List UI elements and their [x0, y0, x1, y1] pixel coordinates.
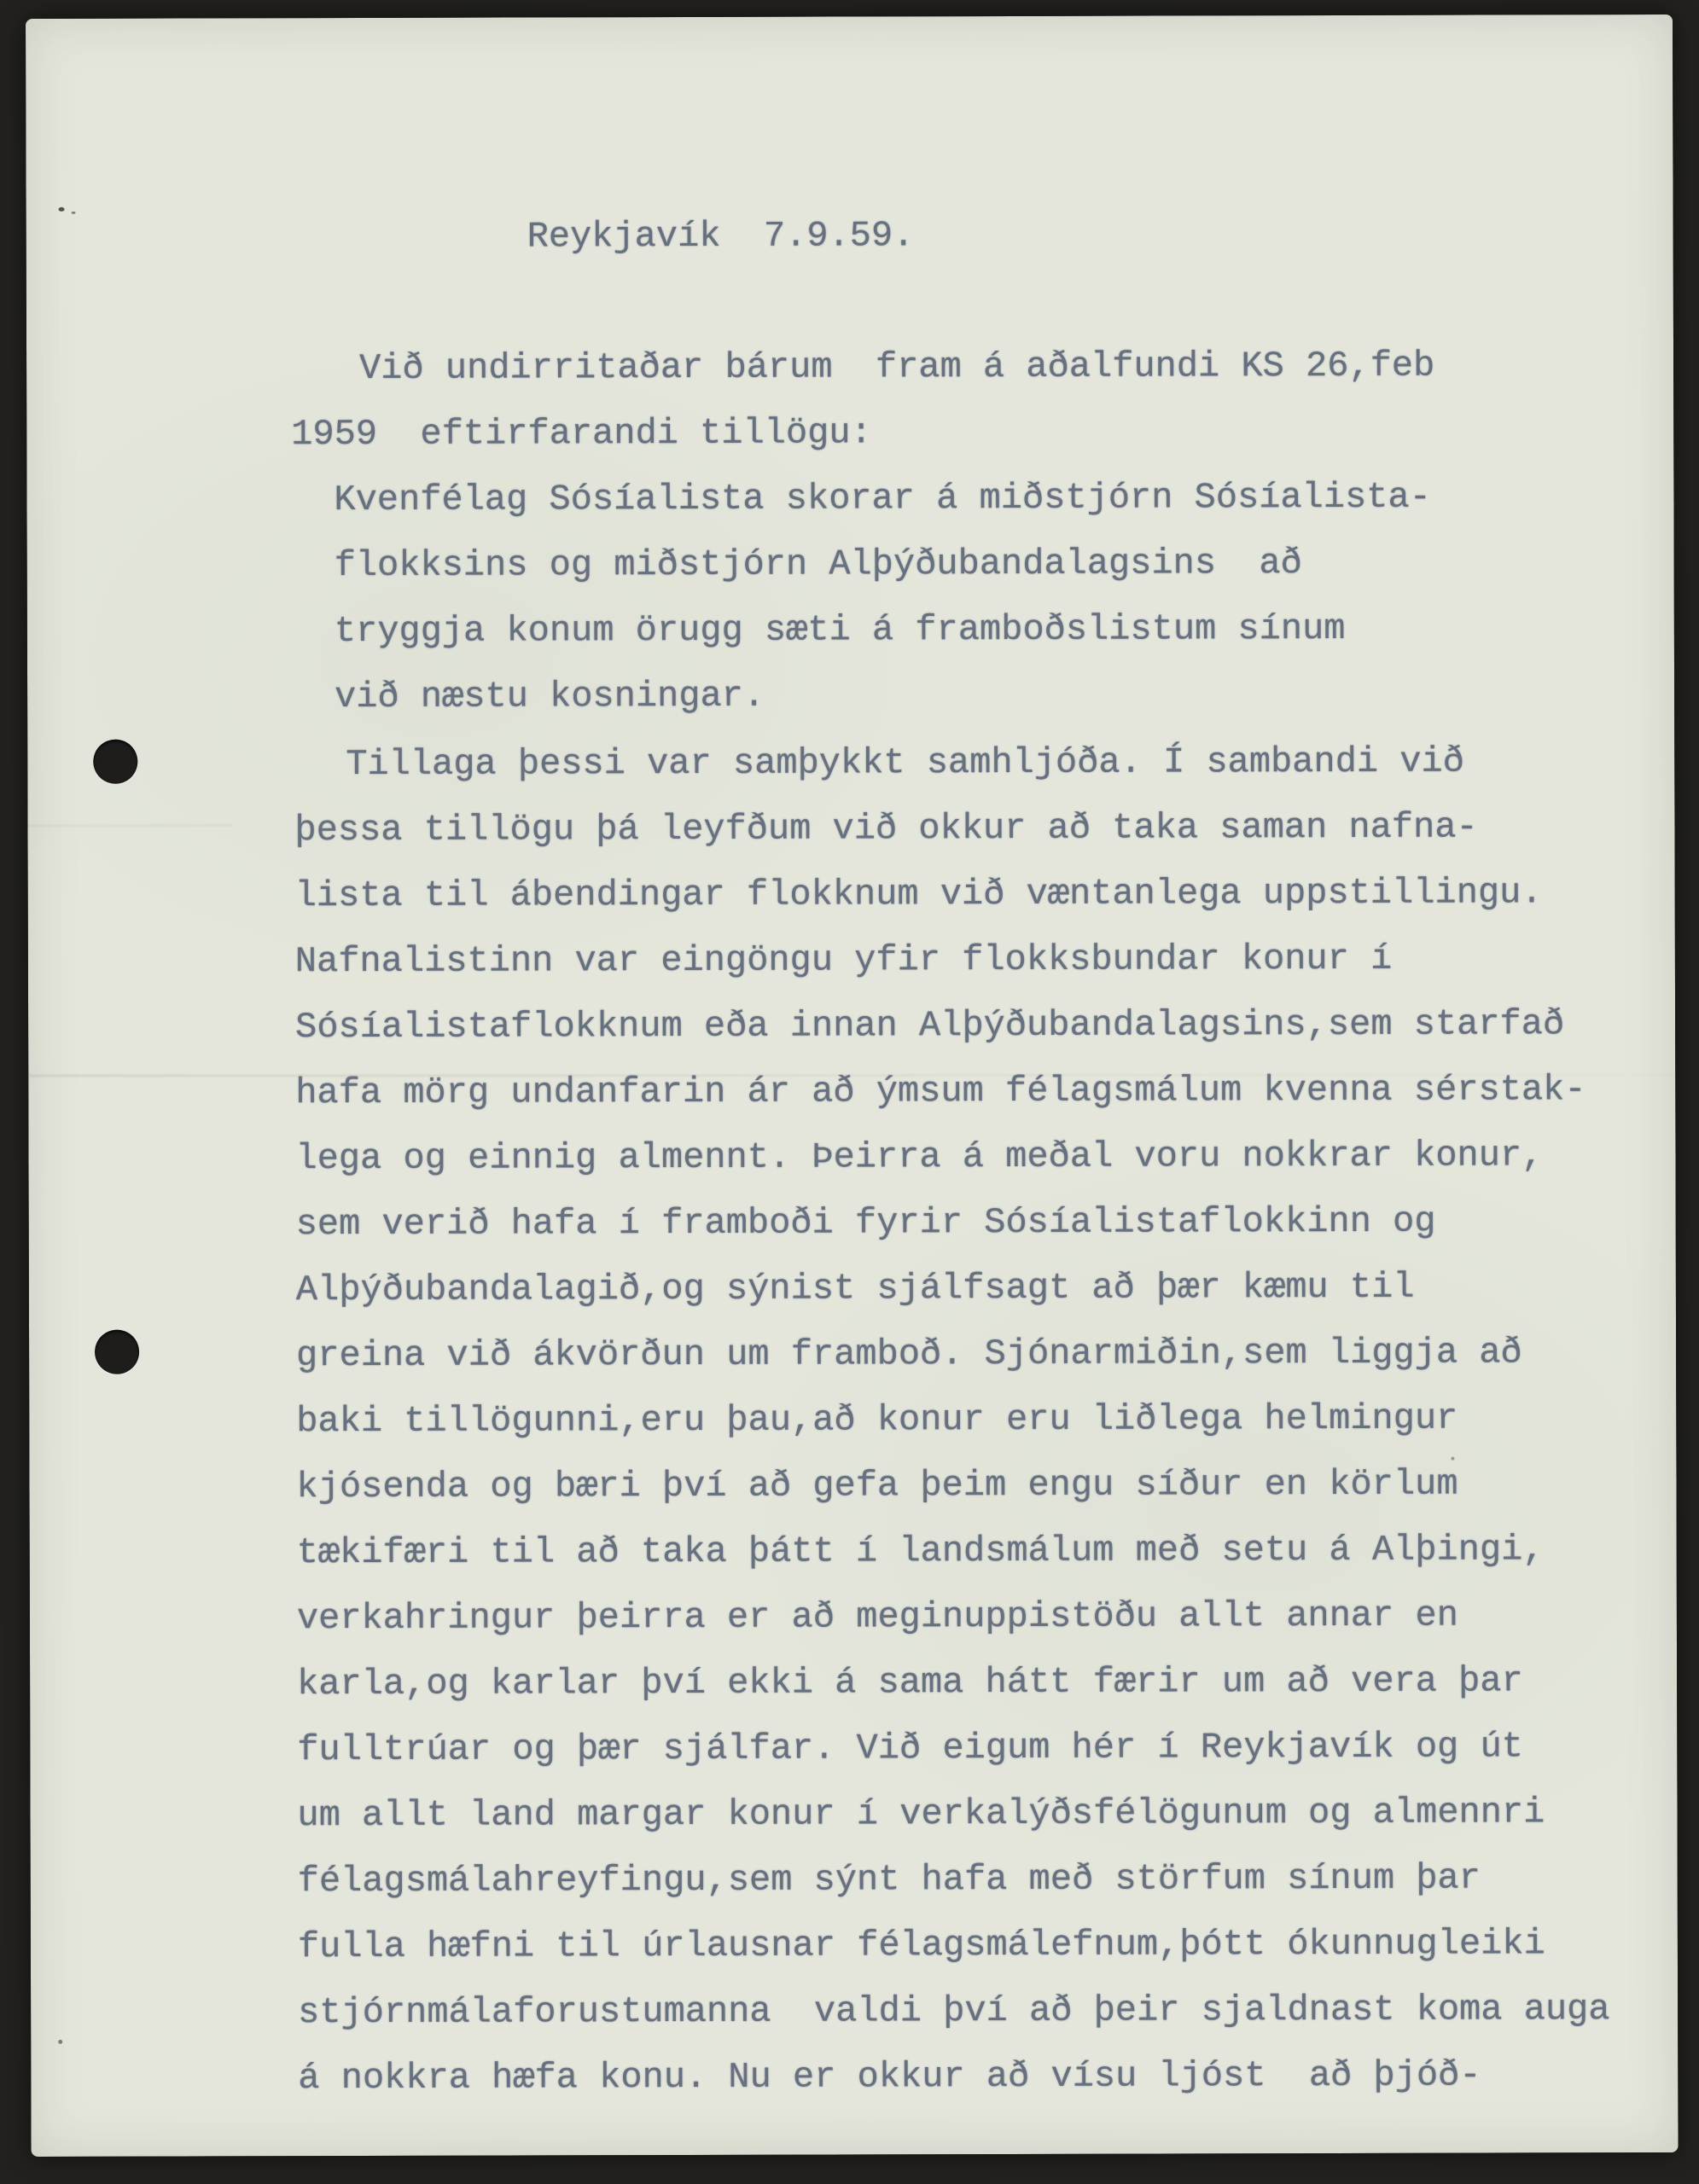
typed-line: greina við ákvörðun um framboð. Sjónarmi…	[296, 1334, 1522, 1374]
document-page: Reykjavík 7.9.59. Við undirritaðar bárum…	[26, 15, 1679, 2157]
typed-line: lista til ábendingar flokknum við væntan…	[295, 874, 1543, 914]
typed-line: lega og einnig almennt. Þeirra á meðal v…	[295, 1137, 1543, 1176]
typed-line: þessa tillögu þá leyfðum við okkur að ta…	[294, 810, 1477, 849]
date-line: Reykjavík 7.9.59.	[527, 218, 915, 254]
typed-line: verkahringur þeirra er að meginuppistöðu…	[297, 1598, 1458, 1637]
typed-line: hafa mörg undanfarin ár að ýmsum félagsm…	[295, 1072, 1586, 1111]
fold-crease-small	[27, 824, 232, 827]
typed-line: Nafnalistinn var eingöngu yfir flokksbun…	[295, 941, 1393, 979]
typed-line: Alþýðubandalagið,og sýnist sjálfsagt að …	[296, 1269, 1415, 1308]
typed-line: baki tillögunni,eru þau,að konur eru lið…	[296, 1401, 1458, 1440]
typed-line: tryggja konum örugg sæti á framboðslistu…	[335, 611, 1346, 649]
typed-line: Sósíalistaflokknum eða innan Alþýðubanda…	[295, 1006, 1564, 1045]
typed-line: 1959 eftirfarandi tillögu:	[291, 415, 872, 452]
typed-line: Við undirritaðar bárum fram á aðalfundi …	[359, 348, 1434, 386]
typed-line: flokksins og miðstjórn Alþýðubandalagsin…	[335, 545, 1302, 584]
scanned-document-photo: { "colors": { "background": "#22211f", "…	[0, 0, 1699, 2184]
typed-line: um allt land margar konur í verkalýðsfél…	[297, 1794, 1545, 1833]
typed-line: fulla hæfni til úrlausnar félagsmálefnum…	[298, 1926, 1545, 1965]
typed-line: kjósenda og bæri því að gefa þeim engu s…	[296, 1467, 1458, 1506]
paper-speck	[58, 2040, 62, 2044]
typed-line: stjórnmálaforustumanna valdi því að þeir…	[298, 1991, 1610, 2030]
hole-punch-top	[93, 740, 137, 784]
typed-line: félagsmálahreyfingu,sem sýnt hafa með st…	[298, 1861, 1481, 1900]
typed-line: sem verið hafa í framboði fyrir Sósíalis…	[296, 1204, 1436, 1242]
typed-line: tækifæri til að taka þátt í landsmálum m…	[297, 1531, 1545, 1571]
typed-line: Kvenfélag Sósíalista skorar á miðstjórn …	[334, 479, 1431, 518]
paper-speck	[59, 207, 65, 212]
paper-speck	[1451, 1457, 1454, 1461]
typed-line: fulltrúar og þær sjálfar. Við eigum hér …	[297, 1728, 1523, 1768]
typed-line: við næstu kosningar.	[335, 678, 765, 715]
typed-line: karla,og karlar því ekki á sama hátt fær…	[297, 1663, 1523, 1702]
typed-line: á nokkra hæfa konu. Nu er okkur að vísu …	[298, 2058, 1481, 2097]
typed-line: Tillaga þessi var samþykkt samhljóða. Í …	[346, 744, 1464, 782]
hole-punch-bottom	[95, 1330, 139, 1374]
